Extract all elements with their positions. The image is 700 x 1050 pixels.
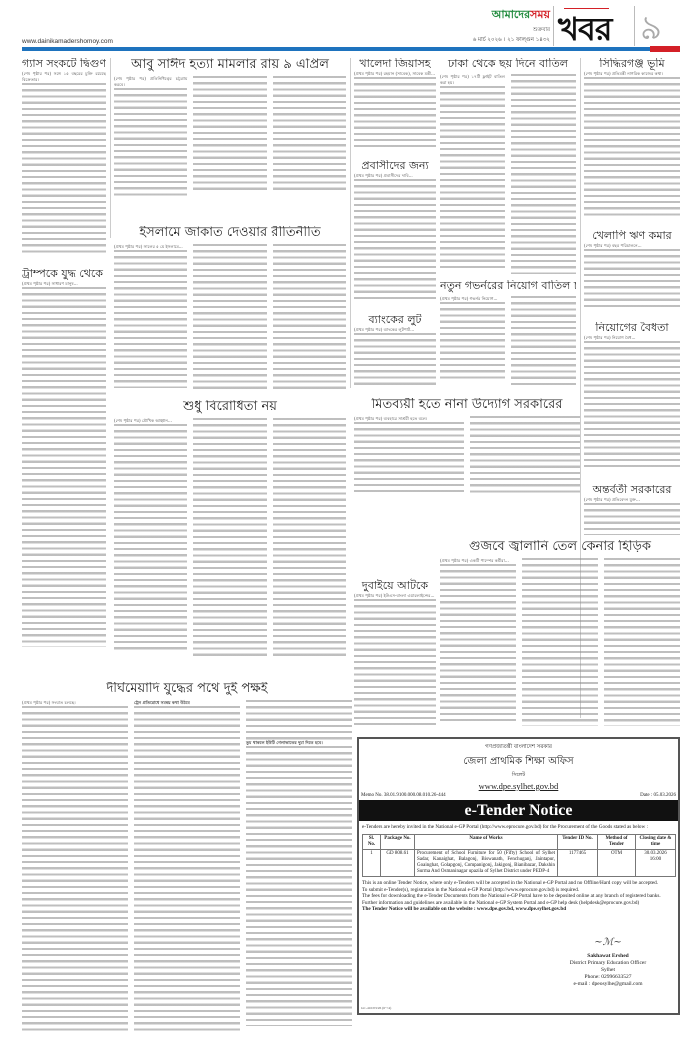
story-body bbox=[273, 76, 346, 194]
story-headline: নিয়োগের বৈধতা bbox=[584, 322, 680, 335]
story-austerity[interactable]: মিতব্যয়ী হতে নানা উদ্যোগ সরকারের (প্রথম… bbox=[354, 398, 580, 498]
story-headline: সিদ্ধিরগঞ্জ ভূমি bbox=[584, 58, 680, 71]
divider bbox=[634, 6, 635, 46]
masthead: www.dainikamadershomoy.com আমাদেরসময় শু… bbox=[0, 0, 700, 52]
story-headline: অন্তর্বর্তী সরকারের bbox=[584, 484, 680, 497]
story-headline: ব্যাংকের লুট bbox=[354, 314, 436, 327]
story-headline: গুজবে জ্বালানি তেল কেনার হিড়িক bbox=[440, 540, 680, 555]
tender-memo-row: Memo No. 38.01.9100.000.08.010.26-444 Da… bbox=[359, 791, 678, 798]
story-zakat[interactable]: ইসলামে জাকাত দেওয়ার রীতিনীতি (প্রথম পৃষ… bbox=[114, 226, 346, 396]
story-body bbox=[193, 244, 266, 392]
story-body bbox=[273, 418, 346, 656]
story-body bbox=[22, 83, 106, 253]
signatory-name: Sakhawat Ershed bbox=[548, 953, 668, 960]
story-headline: প্রবাসীদের জন্য bbox=[354, 160, 436, 173]
story-headline: দুবাইয়ে আটকে bbox=[354, 580, 436, 593]
story-body bbox=[134, 706, 240, 1034]
story-opposition[interactable]: শুধু বিরোধিতা নয় (শেষ পৃষ্ঠার পর) মৌখিক… bbox=[114, 400, 346, 660]
story-body bbox=[604, 558, 680, 726]
divider bbox=[553, 6, 554, 46]
col-sl: Sl. No. bbox=[363, 835, 381, 850]
story-lead: (শেষ পৃষ্ঠার পর) প্রতিনিধিত্বের চট্টগ্রা… bbox=[114, 76, 187, 88]
cell-sl: 1 bbox=[363, 850, 381, 877]
story-headline: ঢাকা থেকে ছয় দিনে বাতিল bbox=[440, 58, 576, 71]
story-body bbox=[511, 296, 576, 386]
story-headline: আবু সাঈদ হত্যা মামলার রায় ৯ এপ্রিল bbox=[114, 58, 346, 73]
tender-intro: e-Tenders are hereby invited in the Nati… bbox=[359, 821, 678, 832]
issue-day: শুক্রবার bbox=[400, 27, 550, 35]
story-abu-sayeed[interactable]: আবু সাঈদ হত্যা মামলার রায় ৯ এপ্রিল (শেষ… bbox=[114, 58, 346, 198]
story-body bbox=[354, 599, 436, 729]
story-headline: গ্যাস সংকটে দ্বিগুণ bbox=[22, 58, 106, 71]
story-body bbox=[584, 77, 680, 217]
cell-package: GD 808.61 bbox=[381, 850, 415, 877]
story-bank-loot[interactable]: ব্যাংকের লুট (প্রথম পৃষ্ঠার পর) ব্যাংকের… bbox=[354, 314, 436, 394]
story-body bbox=[246, 746, 352, 1026]
story-body bbox=[193, 76, 266, 194]
story-body bbox=[354, 77, 436, 147]
story-body bbox=[246, 700, 352, 740]
story-headline: মিতব্যয়ী হতে নানা উদ্যোগ সরকারের bbox=[354, 398, 580, 413]
issue-date: ৬ মার্চ ২০২৬ । ২১ ফাল্গুন ১৪৩২ bbox=[400, 37, 550, 45]
story-body bbox=[354, 333, 436, 389]
ad-code: GC-410/03/26 (6"×4) bbox=[361, 1006, 391, 1010]
tender-table: Sl. No. Package No. Name of Works Tender… bbox=[362, 834, 676, 877]
story-body bbox=[273, 244, 346, 392]
story-body bbox=[440, 564, 516, 722]
story-dhaka-trains[interactable]: ঢাকা থেকে ছয় দিনে বাতিল (শেষ পৃষ্ঠার পর… bbox=[440, 58, 576, 278]
tender-office: জেলা প্রাথমিক শিক্ষা অফিস bbox=[359, 754, 678, 771]
story-headline: ট্রাম্পকে যুদ্ধ থেকে bbox=[22, 268, 106, 281]
story-body bbox=[584, 341, 680, 471]
col-works: Name of Works bbox=[415, 835, 558, 850]
story-gas[interactable]: গ্যাস সংকটে দ্বিগুণ (শেষ পৃষ্ঠার পর) সঙ্… bbox=[22, 58, 106, 266]
story-body bbox=[22, 287, 106, 647]
story-body bbox=[511, 74, 576, 274]
tender-signatory: ~ℳ~ Sakhawat Ershed District Primary Edu… bbox=[548, 939, 668, 988]
memo-number: Memo No. 38.01.9100.000.08.010.26-444 bbox=[361, 793, 446, 798]
cell-method: OTM bbox=[598, 850, 636, 877]
story-body bbox=[354, 422, 464, 492]
story-long-war[interactable]: দীর্ঘমেয়াদি যুদ্ধের পথে দুই পক্ষই (প্রথ… bbox=[22, 682, 352, 1042]
col-tender-id: Tender ID No. bbox=[558, 835, 598, 850]
story-body bbox=[22, 706, 128, 1034]
story-body bbox=[114, 424, 187, 652]
header-rule-red bbox=[650, 46, 680, 52]
story-lead: (শেষ পৃষ্ঠার পর) সঙ্গে ১৫ বছরের চুক্তি র… bbox=[22, 71, 106, 83]
signatory-title: District Primary Education Officer bbox=[548, 960, 668, 967]
brand-block: আমাদেরসময় শুক্রবার ৬ মার্চ ২০২৬ । ২১ ফা… bbox=[400, 6, 550, 45]
story-headline: দীর্ঘমেয়াদি যুদ্ধের পথে দুই পক্ষই bbox=[22, 682, 352, 697]
story-body bbox=[114, 250, 187, 388]
column-rule bbox=[350, 58, 351, 388]
story-loan-default[interactable]: খেলাপি ঋণ কমার (শেষ পৃষ্ঠার পর) বছর পরিচ… bbox=[584, 230, 680, 320]
story-trump[interactable]: ট্রাম্পকে যুদ্ধ থেকে (প্রথম পৃষ্ঠার পর) … bbox=[22, 268, 106, 648]
story-body bbox=[584, 249, 680, 311]
tender-city: সিলেট bbox=[359, 772, 678, 780]
col-package: Package No. bbox=[381, 835, 415, 850]
story-headline: খালেদা জিয়াসহ bbox=[354, 58, 436, 71]
tender-note: The fees for downloading the e-Tender Do… bbox=[362, 893, 675, 899]
cell-works: Procurement of School Furniture for 50 (… bbox=[415, 850, 558, 877]
newspaper-logo[interactable]: আমাদেরসময় bbox=[400, 6, 550, 25]
story-body bbox=[522, 558, 598, 726]
tender-government: গণপ্রজাতন্ত্রী বাংলাদেশ সরকার bbox=[359, 744, 678, 752]
tender-note: This is an online Tender Notice, where o… bbox=[362, 880, 675, 886]
story-interim-govt[interactable]: অন্তর্বর্তী সরকারের (শেষ পৃষ্ঠার পর) প্র… bbox=[584, 484, 680, 544]
story-khaleda[interactable]: খালেদা জিয়াসহ (প্রথম পৃষ্ঠার পর) রহমান … bbox=[354, 58, 436, 158]
story-body bbox=[584, 503, 680, 535]
cell-closing: 30.03.2026 16:00 bbox=[636, 850, 676, 877]
tender-title: e-Tender Notice bbox=[359, 800, 678, 821]
story-body bbox=[193, 418, 266, 656]
story-body bbox=[470, 416, 580, 496]
story-body bbox=[440, 302, 505, 380]
col-method: Method of Tender bbox=[598, 835, 636, 850]
story-lead: (শেষ পৃষ্ঠার পর) ১৭টি ফ্লাইট বাতিল করা হ… bbox=[440, 74, 505, 86]
e-tender-notice: গণপ্রজাতন্ত্রী বাংলাদেশ সরকার জেলা প্রাথ… bbox=[357, 737, 680, 1015]
story-fuel-rumor[interactable]: গুজবে জ্বালানি তেল কেনার হিড়িক (প্রথম প… bbox=[440, 540, 680, 730]
table-header-row: Sl. No. Package No. Name of Works Tender… bbox=[363, 835, 676, 850]
story-headline: নতুন গভর্নরের নিয়োগ বাতিল চায় bbox=[440, 280, 576, 293]
story-headline: শুধু বিরোধিতা নয় bbox=[114, 400, 346, 415]
story-expats[interactable]: প্রবাসীদের জন্য (প্রথম পৃষ্ঠার পর) প্রবা… bbox=[354, 160, 436, 310]
story-land[interactable]: সিদ্ধিরগঞ্জ ভূমি (শেষ পৃষ্ঠার পর) প্রতিম… bbox=[584, 58, 680, 228]
col-closing: Closing date & time bbox=[636, 835, 676, 850]
tender-note: The Tender Notice will be available on t… bbox=[362, 906, 675, 912]
table-row: 1 GD 808.61 Procurement of School Furnit… bbox=[363, 850, 676, 877]
header-rule-blue bbox=[22, 47, 652, 51]
story-dubai[interactable]: দুবাইয়ে আটকে (প্রথম পৃষ্ঠার পর) ইউএস-বা… bbox=[354, 500, 436, 730]
cell-tender-id: 1177465 bbox=[558, 850, 598, 877]
column-rule bbox=[110, 58, 111, 238]
signature-icon: ~ℳ~ bbox=[548, 939, 668, 953]
story-appointment[interactable]: নিয়োগের বৈধতা (শেষ পৃষ্ঠার পর) নিয়োগ ব… bbox=[584, 322, 680, 480]
story-body bbox=[114, 88, 187, 196]
story-headline: ইসলামে জাকাত দেওয়ার রীতিনীতি bbox=[114, 226, 346, 241]
story-governor[interactable]: নতুন গভর্নরের নিয়োগ বাতিল চায় (প্রথম প… bbox=[440, 280, 576, 390]
tender-notes: This is an online Tender Notice, where o… bbox=[359, 877, 678, 912]
story-body bbox=[354, 179, 436, 299]
story-body bbox=[440, 86, 505, 272]
signatory-city: Sylhet bbox=[548, 967, 668, 974]
signatory-email[interactable]: e-mail : dpeosylhe@gmail.com bbox=[548, 981, 668, 988]
signatory-phone: Phone: 02996633527 bbox=[548, 974, 668, 981]
story-headline: খেলাপি ঋণ কমার bbox=[584, 230, 680, 243]
memo-date: Date : 05.03.2026 bbox=[640, 793, 676, 798]
site-url[interactable]: www.dainikamadershomoy.com bbox=[22, 38, 113, 45]
tender-website-link[interactable]: www.dpe.sylhet.gov.bd bbox=[359, 781, 678, 791]
